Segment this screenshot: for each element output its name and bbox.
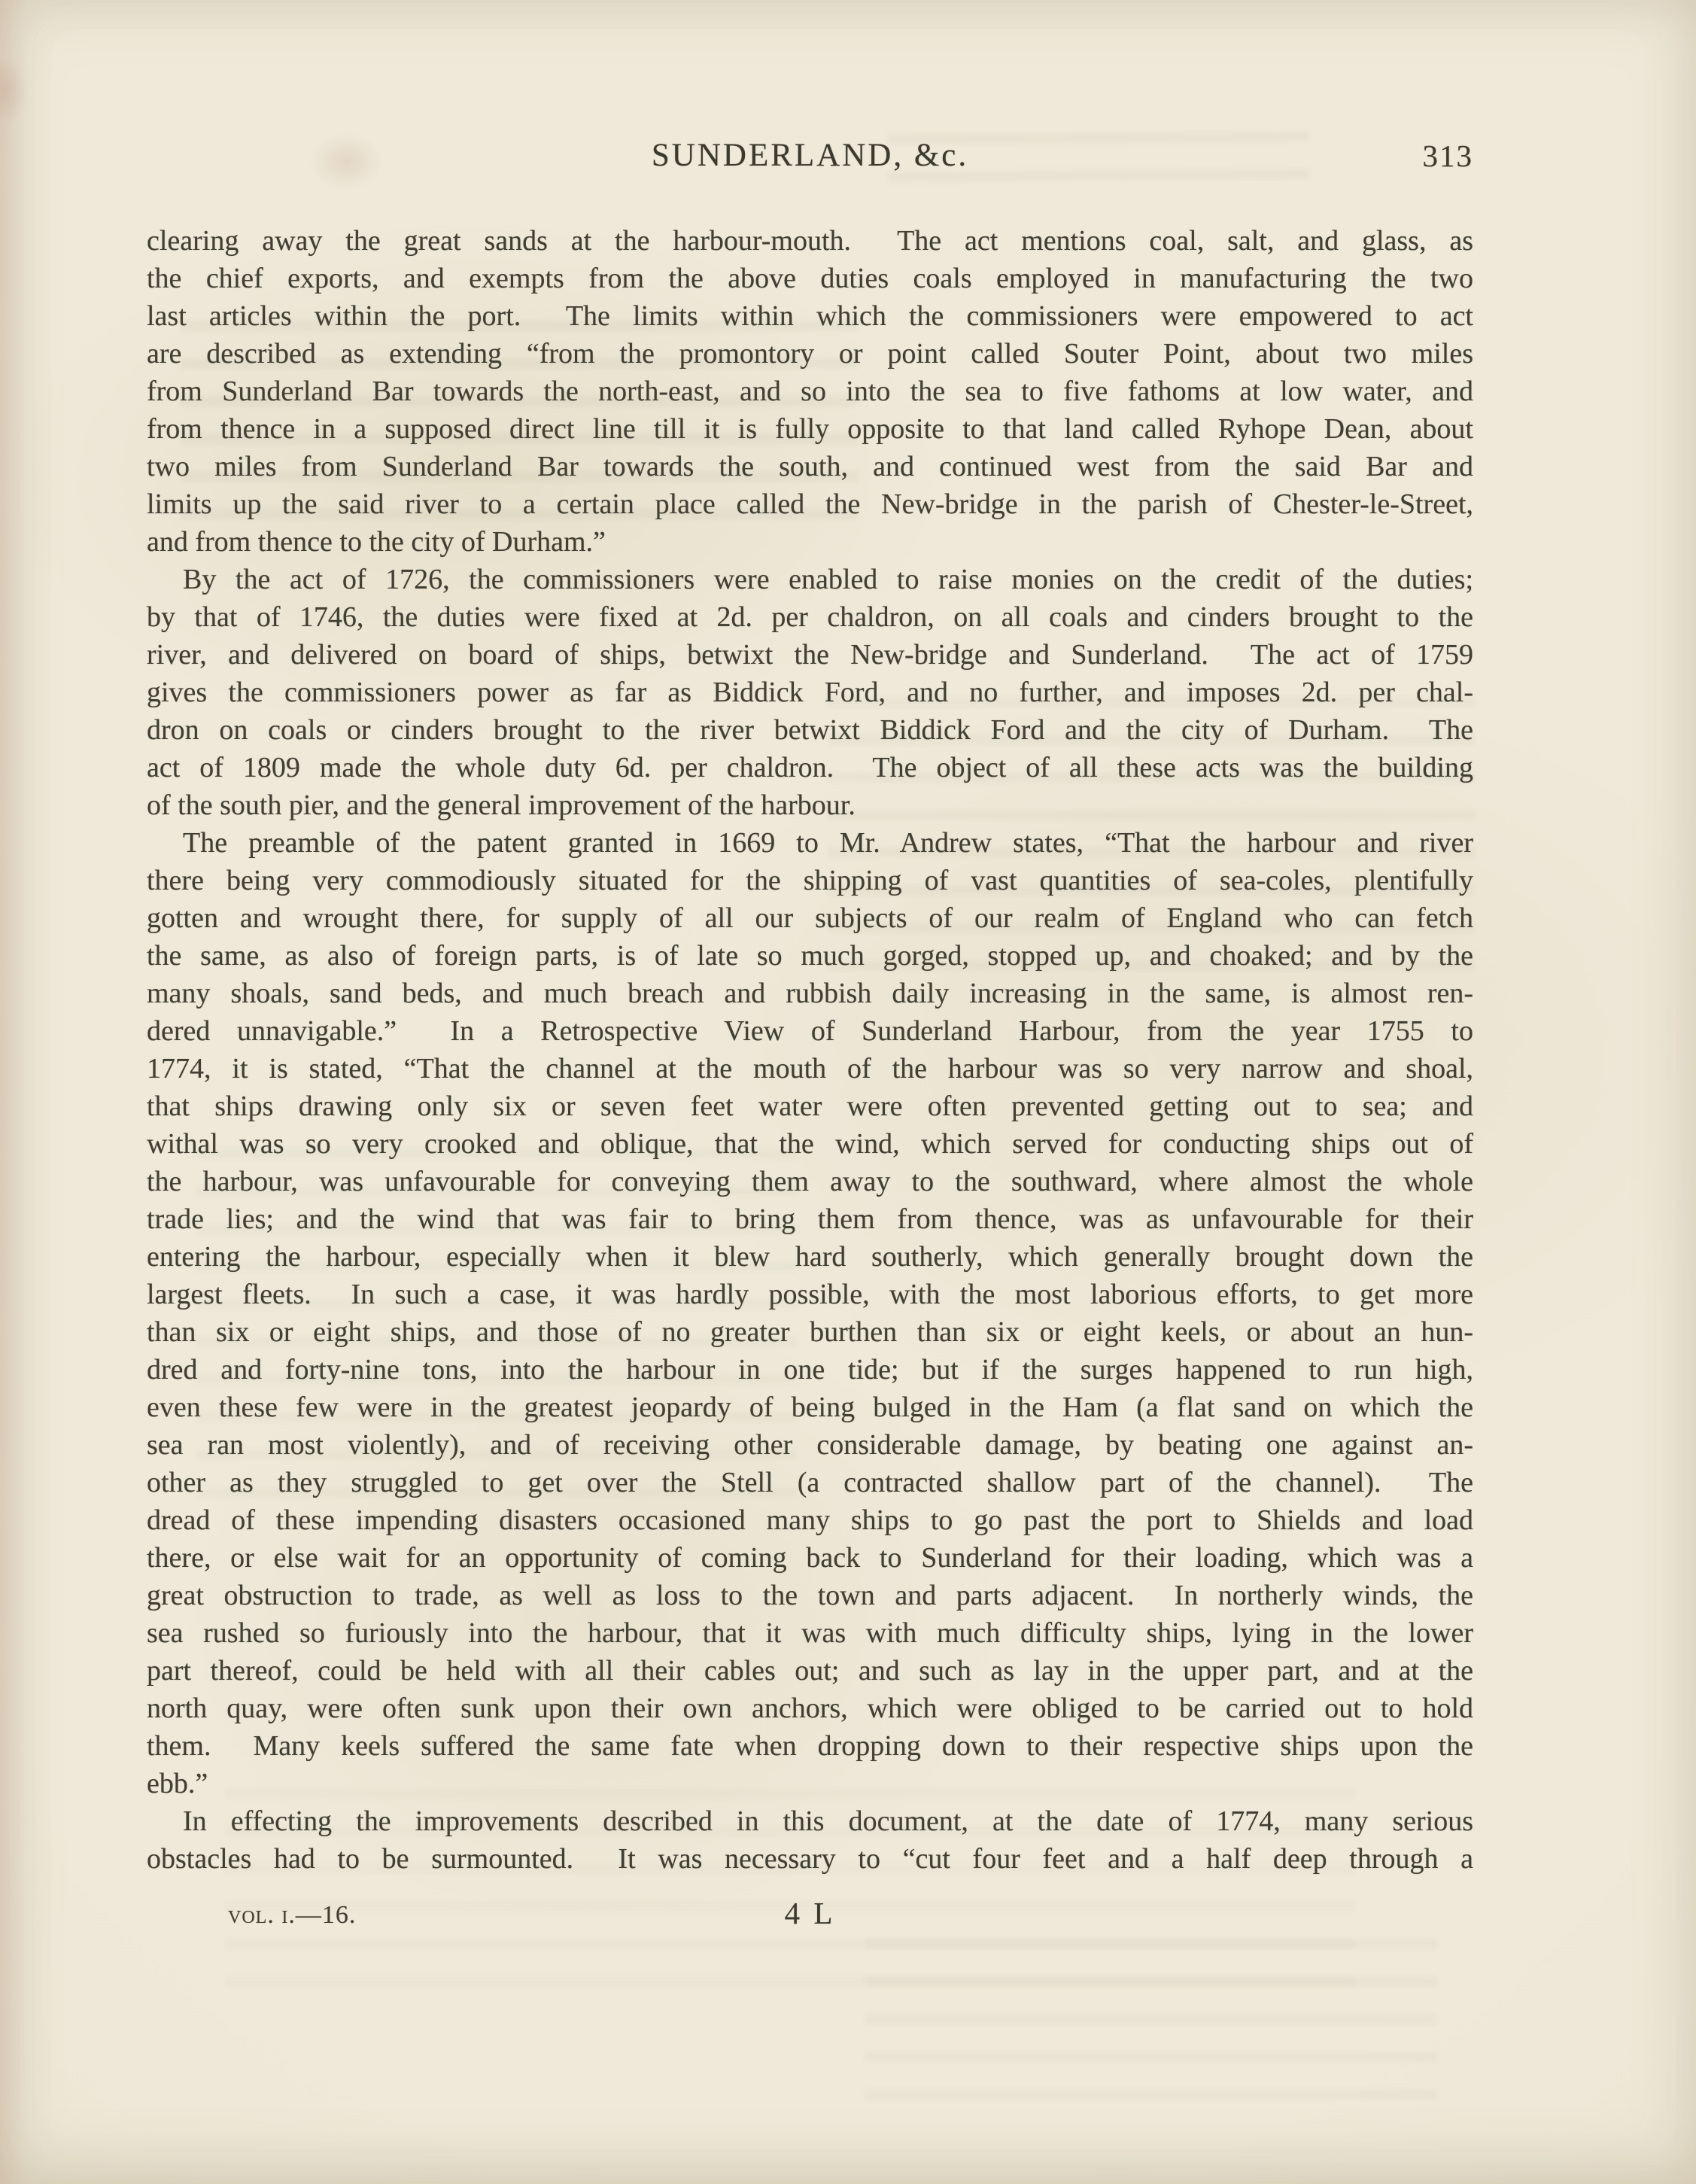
book-page: SUNDERLAND, &c. 313 clearing away the gr… [0, 0, 1696, 2184]
text-line: largest fleets. In such a case, it was h… [147, 1276, 1473, 1313]
text-line: there being very commodiously situated f… [147, 862, 1473, 899]
text-line: north quay, were often sunk upon their o… [147, 1690, 1473, 1727]
text-line: 1774, it is stated, “That the channel at… [147, 1050, 1473, 1087]
text-line: sea rushed so furiously into the harbour… [147, 1614, 1473, 1652]
signature-mark: 4 L [785, 1895, 836, 1931]
paragraph: In effecting the improvements described … [147, 1802, 1473, 1878]
text-line: dread of these impending disasters occas… [147, 1501, 1473, 1539]
text-line: last articles within the port. The limit… [147, 297, 1473, 335]
text-line: entering the harbour, especially when it… [147, 1238, 1473, 1276]
text-line: from thence in a supposed direct line ti… [147, 410, 1473, 448]
text-line: ebb.” [147, 1765, 1473, 1802]
text-line: In effecting the improvements described … [147, 1802, 1473, 1840]
text-line: there, or else wait for an opportunity o… [147, 1539, 1473, 1577]
text-line: and from thence to the city of Durham.” [147, 523, 1473, 561]
text-line: even these few were in the greatest jeop… [147, 1389, 1473, 1426]
text-line: gotten and wrought there, for supply of … [147, 899, 1473, 937]
text-line: act of 1809 made the whole duty 6d. per … [147, 749, 1473, 786]
text-line: obstacles had to be surmounted. It was n… [147, 1840, 1473, 1878]
page-footer: vol. i.—16. 4 L [147, 1895, 1473, 1940]
text-line: The preamble of the patent granted in 16… [147, 824, 1473, 862]
text-line: withal was so very crooked and oblique, … [147, 1125, 1473, 1163]
text-line: two miles from Sunderland Bar towards th… [147, 448, 1473, 485]
text-line: great obstruction to trade, as well as l… [147, 1577, 1473, 1614]
text-line: other as they struggled to get over the … [147, 1464, 1473, 1501]
text-line: by that of 1746, the duties were fixed a… [147, 598, 1473, 636]
paragraph: By the act of 1726, the commissioners we… [147, 561, 1473, 824]
text-line: By the act of 1726, the commissioners we… [147, 561, 1473, 598]
text-line: than six or eight ships, and those of no… [147, 1313, 1473, 1351]
text-line: dred and forty-nine tons, into the harbo… [147, 1351, 1473, 1389]
text-line: from Sunderland Bar towards the north-ea… [147, 373, 1473, 410]
text-line: sea ran most violently), and of receivin… [147, 1426, 1473, 1464]
volume-label: vol. i.—16. [228, 1901, 356, 1930]
text-line: river, and delivered on board of ships, … [147, 636, 1473, 674]
text-line: limits up the said river to a certain pl… [147, 485, 1473, 523]
text-line: them. Many keels suffered the same fate … [147, 1727, 1473, 1765]
text-line: that ships drawing only six or seven fee… [147, 1087, 1473, 1125]
text-line: dron on coals or cinders brought to the … [147, 711, 1473, 749]
text-line: the chief exports, and exempts from the … [147, 260, 1473, 297]
running-title: SUNDERLAND, &c. [147, 137, 1473, 174]
text-line: clearing away the great sands at the har… [147, 222, 1473, 260]
text-line: the harbour, was unfavourable for convey… [147, 1163, 1473, 1200]
text-line: dered unnavigable.” In a Retrospective V… [147, 1012, 1473, 1050]
page-number: 313 [1423, 138, 1474, 174]
text-line: are described as extending “from the pro… [147, 335, 1473, 373]
bleed-through-texture [865, 1919, 1437, 2115]
text-line: the same, as also of foreign parts, is o… [147, 937, 1473, 975]
page-header: SUNDERLAND, &c. 313 [147, 137, 1473, 182]
text-line: many shoals, sand beds, and much breach … [147, 975, 1473, 1012]
text-block: clearing away the great sands at the har… [147, 222, 1473, 1878]
paragraph: The preamble of the patent granted in 16… [147, 824, 1473, 1802]
text-line: gives the commissioners power as far as … [147, 674, 1473, 711]
text-line: of the south pier, and the general impro… [147, 786, 1473, 824]
text-line: part thereof, could be held with all the… [147, 1652, 1473, 1690]
text-line: trade lies; and the wind that was fair t… [147, 1200, 1473, 1238]
paragraph: clearing away the great sands at the har… [147, 222, 1473, 561]
